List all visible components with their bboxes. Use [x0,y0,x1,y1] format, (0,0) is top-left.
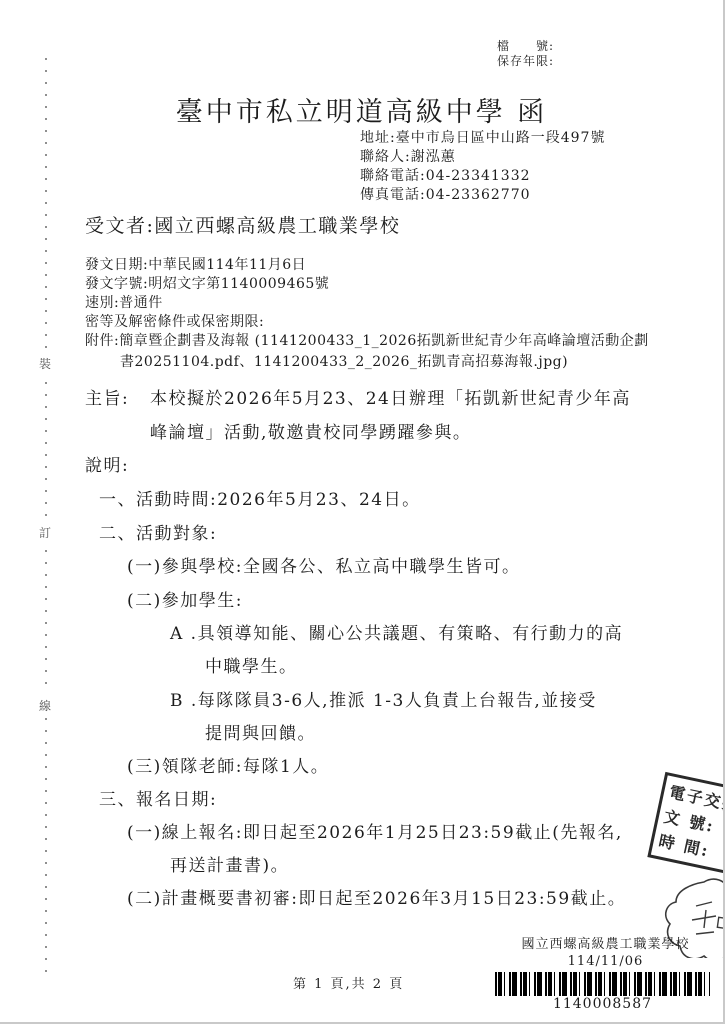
body-line: 二、活動對象: [99,519,217,544]
official-letter-page: 裝 訂 線 檔 號: 保存年限: 臺中市私立明道高級中學 函 地址:臺中市烏日區… [0,0,725,1024]
sender-contact: 聯絡人:謝泓蕙 [360,148,456,167]
barcode [495,972,710,996]
file-number-label: 檔 號: [497,39,554,53]
body-line: 提問與回饋。 [205,719,316,744]
issuer-name: 國立西螺高級農工職業學校 [518,936,693,953]
body-line: 三、報名日期: [99,785,217,810]
barcode-number: 1140008587 [495,996,710,1012]
body-line: (二)計畫概要書初審:即日起至2026年3月15日23:59截止。 [127,884,626,909]
body-line: 再送計畫書)。 [170,851,289,876]
attachment-line-2: 書20251104.pdf、1141200433_2_2026_拓凱青高招募海報… [120,353,568,372]
sender-address: 地址:臺中市烏日區中山路一段497號 [360,129,605,148]
binding-mark-ding: 訂 [39,521,51,544]
subject-text-line-1: 本校擬於2026年5月23、24日辦理「拓凱新世紀青少年高 [150,384,631,409]
binding-mark-xian: 線 [39,694,51,717]
body-line: (一)參與學校:全國各公、私立高中職學生皆可。 [127,552,521,577]
issue-date-line: 發文日期:中華民國114年11月6日 [85,256,306,275]
body-line: A .具領導知能、關心公共議題、有策略、有行動力的高 [170,619,623,644]
page-number: 第 1 頁,共 2 頁 [293,973,404,992]
security-line: 密等及解密條件或保密期限: [85,313,264,332]
issuer-signature-block: 國立西螺高級農工職業學校 114/11/06 [518,936,693,970]
attachment-line-1: 附件:簡章暨企劃書及海報 (1141200433_1_2026拓凱新世紀青少年高… [85,332,649,351]
recipient-line: 受文者:國立西螺高級農工職業學校 [85,211,400,238]
sender-phone: 聯絡電話:04-23341332 [360,167,531,186]
body-line: (三)領隊老師:每隊1人。 [127,752,329,777]
body-line: 中職學生。 [205,652,298,677]
body-line: (一)線上報名:即日起至2026年1月25日23:59截止(先報名, [127,818,623,843]
sender-fax: 傳真電話:04-23362770 [360,186,531,205]
binding-dotted-line [45,58,47,973]
retention-label: 保存年限: [497,54,554,68]
body-line: (二)參加學生: [127,586,243,611]
explanation-label: 說明: [85,451,129,476]
electronic-exchange-stamp: 電子交換 文 號: 時 間: [647,772,725,883]
subject-label: 主旨: [85,384,129,409]
speed-line: 速別:普通件 [85,294,163,313]
doc-number-line: 發文字號:明炤文字第1140009465號 [85,275,329,294]
issuer-date: 114/11/06 [518,953,693,970]
document-title: 臺中市私立明道高級中學 函 [0,90,723,129]
binding-mark-zhuang: 裝 [39,352,51,375]
body-line: 一、活動時間:2026年5月23、24日。 [99,485,421,510]
body-line: B .每隊隊員3-6人,推派 1-3人負責上台報告,並接受 [170,686,597,711]
subject-text-line-2: 峰論壇」活動,敬邀貴校同學踴躍參與。 [150,418,471,443]
